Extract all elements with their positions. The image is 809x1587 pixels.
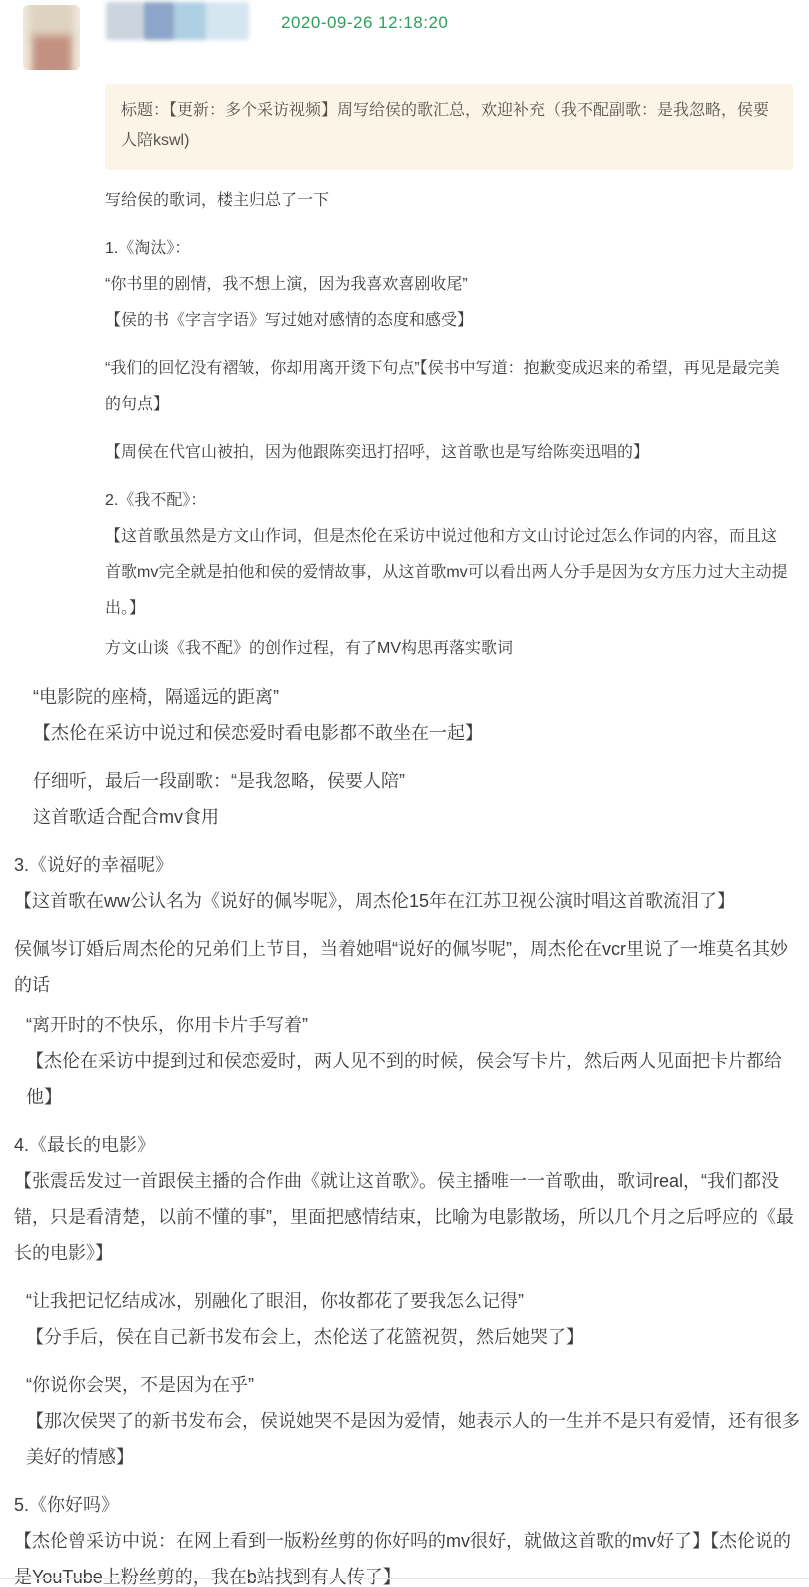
post-paragraph: 4.《最长的电影》 [0,1127,809,1163]
post-paragraph: 【杰伦在采访中说过和侯恋爱时看电影都不敢坐在一起】 [0,715,809,751]
post-title-text: 标题：【更新：多个采访视频】周写给侯的歌汇总，欢迎补充（我不配副歌：是我忽略，侯… [121,102,769,149]
post-paragraph: 侯佩岑订婚后周杰伦的兄弟们上节目，当着她唱“说好的佩岑呢”，周杰伦在vcr里说了… [0,931,809,1003]
post-paragraph: 这首歌适合配合mv食用 [0,799,809,835]
avatar-blur-shape [32,35,72,70]
post-paragraph: 【那次侯哭了的新书发布会，侯说她哭不是因为爱情，她表示人的一生并不是只有爱情，还… [0,1403,809,1475]
post-timestamp: 2020-09-26 12:18:20 [281,11,448,35]
post-body: 写给侯的歌词，楼主归总了一下1.《淘汰》：“你书里的剧情，我不想上演，因为我喜欢… [0,170,809,1587]
username-blur-segment [106,2,144,40]
post-paragraph: 【张震岳发过一首跟侯主播的合作曲《就让这首歌》。侯主播唯一一首歌曲，歌词real… [0,1163,809,1271]
post-title-box: 标题：【更新：多个采访视频】周写给侯的歌汇总，欢迎补充（我不配副歌：是我忽略，侯… [105,84,793,170]
post-paragraph: 1.《淘汰》： [0,231,809,267]
username-blur-segment [174,2,206,40]
username-blur-segment [206,2,249,40]
post-paragraph: 2.《我不配》： [0,483,809,519]
post-paragraph: “电影院的座椅，隔遥远的距离” [0,679,809,715]
post-paragraph: 【这首歌在ww公认名为《说好的佩岑呢》，周杰伦15年在江苏卫视公演时唱这首歌流泪… [0,883,809,919]
post-paragraph: 【分手后，侯在自己新书发布会上，杰伦送了花篮祝贺，然后她哭了】 [0,1319,809,1355]
post-paragraph: 【侯的书《字言字语》写过她对感情的态度和感受】 [0,303,809,339]
post-paragraph: “让我把记忆结成冰，别融化了眼泪，你妆都花了要我怎么记得” [0,1283,809,1319]
user-avatar[interactable] [23,5,80,70]
post-paragraph: “你说你会哭，不是因为在乎” [0,1367,809,1403]
post-paragraph: 【周侯在代官山被拍，因为他跟陈奕迅打招呼，这首歌也是写给陈奕迅唱的】 [0,435,809,471]
post-paragraph: 5.《你好吗》 [0,1487,809,1523]
bottom-divider [0,1578,809,1579]
avatar-blur-shape [29,5,74,39]
post-paragraph: “离开时的不快乐，你用卡片手写着” [0,1007,809,1043]
post-header: 2020-09-26 12:18:20 [0,0,809,42]
post-paragraph: “我们的回忆没有褶皱，你却用离开烫下句点”【侯书中写道：抱歉变成迟来的希望，再见… [0,351,809,423]
post-paragraph: 仔细听，最后一段副歌：“是我忽略，侯要人陪” [0,763,809,799]
post-paragraph: 【杰伦在采访中提到过和侯恋爱时，两人见不到的时候，侯会写卡片，然后两人见面把卡片… [0,1043,809,1115]
username-blur-segment [144,2,174,40]
post-paragraph: 【这首歌虽然是方文山作词，但是杰伦在采访中说过他和方文山讨论过怎么作词的内容，而… [0,519,809,627]
post-paragraph: 写给侯的歌词，楼主归总了一下 [0,183,809,219]
post-paragraph: “你书里的剧情，我不想上演，因为我喜欢喜剧收尾” [0,267,809,303]
post-paragraph: 方文山谈《我不配》的创作过程，有了MV构思再落实歌词 [0,631,809,667]
username-blurred[interactable] [106,2,249,40]
post-paragraph: 3.《说好的幸福呢》 [0,847,809,883]
